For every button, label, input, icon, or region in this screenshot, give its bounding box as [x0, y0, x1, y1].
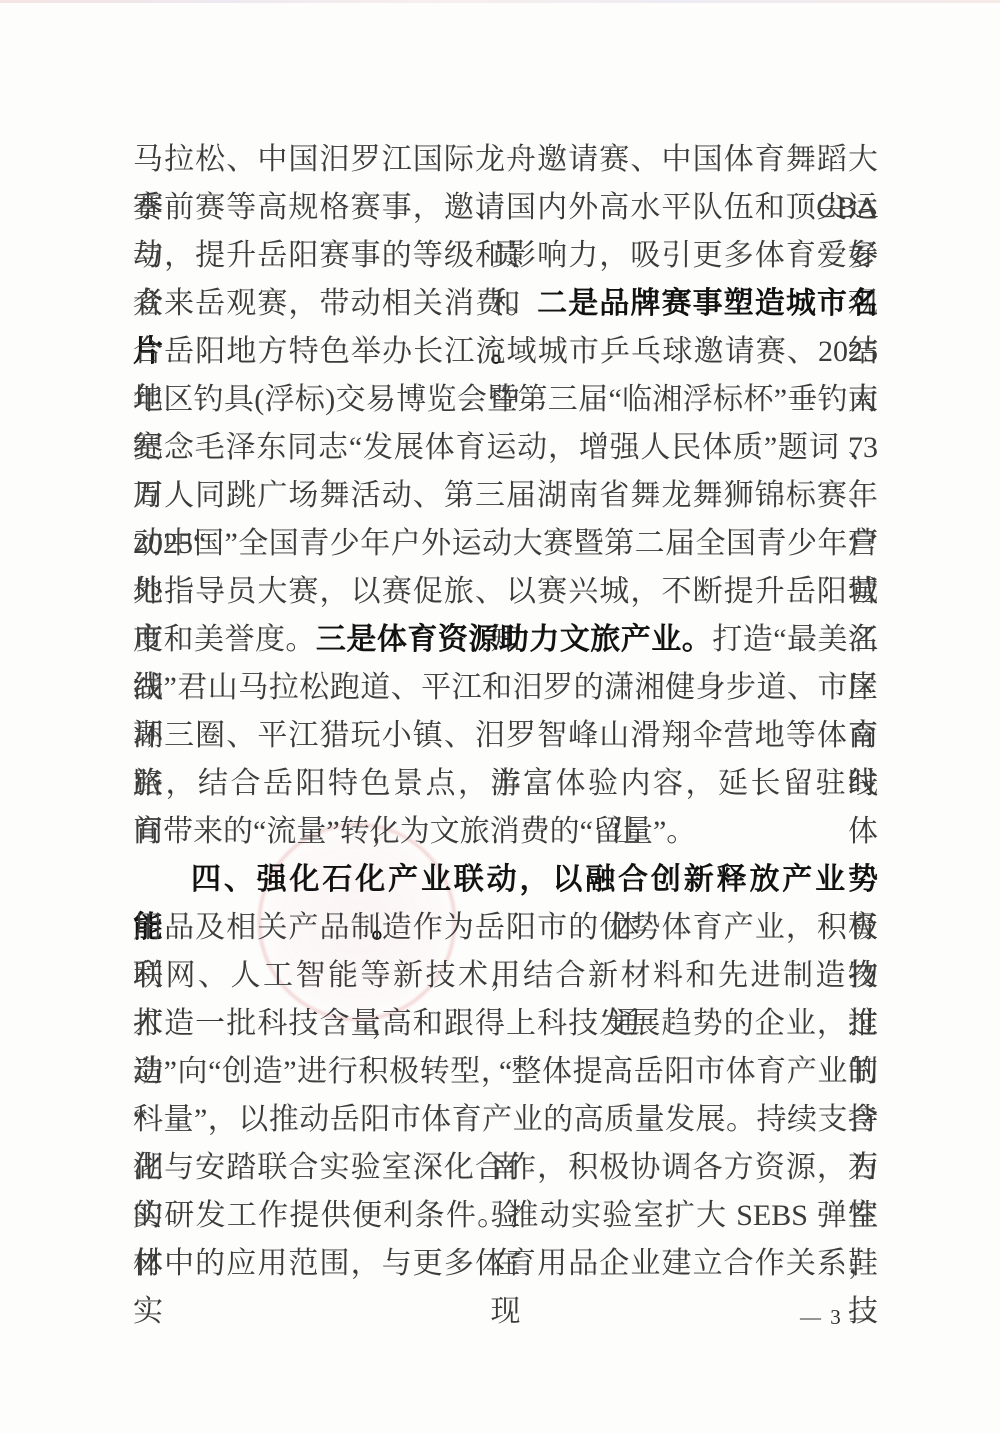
text-line: 造”向“创造”进行积极转型，整体提高岳阳市体育产业的“含: [133, 1048, 878, 1096]
text-line: 众来岳观赛，带动相关消费。二是品牌赛事塑造城市名片。结: [133, 280, 878, 328]
page-number: — 3 —: [800, 1305, 873, 1330]
text-line: 的研发工作提供便利条件。推动实验室扩大 SEBS 弹性体在鞋: [133, 1192, 878, 1240]
text-line: 合岳阳地方特色举办长江流域城市乒乓球邀请赛、2025 年中南: [133, 328, 878, 376]
body-text: 育带来的“流量”转化为文旅消费的“留量”。: [133, 815, 696, 848]
document-page: 马拉松、中国汨罗江国际龙舟邀请赛、中国体育舞蹈大赛、CBA季前赛等高规格赛事，邀…: [0, 0, 1000, 1433]
text-line: 季前赛等高规格赛事，邀请国内外高水平队伍和顶尖运动员参: [133, 184, 878, 232]
text-line: 纪念毛泽东同志“发展体育运动，增强人民体质”题词 73 周年: [133, 424, 878, 472]
text-line: 四、强化石化产业联动，以融合创新释放产业势能。体育: [133, 856, 878, 904]
text-line: 动中国”全国青少年户外运动大赛暨第二届全国青少年户外营: [133, 520, 878, 568]
text-line: 打造一批科技含量高和跟得上科技发展趋势的企业，推动“制: [133, 1000, 878, 1048]
text-line: 线”君山马拉松跑道、平江和汨罗的潇湘健身步道、市区环南: [133, 664, 878, 712]
text-line: 科量”，以推动岳阳市体育产业的高质量发展。持续支持湖南石: [133, 1096, 878, 1144]
emphasis-text: 三是体育资源助力文旅产业。: [316, 622, 712, 657]
text-line: 度和美誉度。三是体育资源助力文旅产业。打造“最美江湖岸: [133, 616, 878, 664]
text-line: 与，提升岳阳赛事的等级和影响力，吸引更多体育爱好者和观: [133, 232, 878, 280]
text-line: 马拉松、中国汨罗江国际龙舟邀请赛、中国体育舞蹈大赛、CBA: [133, 136, 878, 184]
body-text: 众来岳观赛，带动相关消费。: [133, 287, 537, 320]
document-body: 马拉松、中国汨罗江国际龙舟邀请赛、中国体育舞蹈大赛、CBA季前赛等高规格赛事，邀…: [133, 136, 878, 1288]
text-line: 湖三圈、平江猎玩小镇、汨罗智峰山滑翔伞营地等体育旅游线: [133, 712, 878, 760]
text-line: 材中的应用范围，与更多体育用品企业建立合作关系，实现技: [133, 1240, 878, 1288]
text-line: 地指导员大赛，以赛促旅、以赛兴城，不断提升岳阳城市知名: [133, 568, 878, 616]
text-line: 联网、人工智能等新技术，结合新材料和先进制造技术，通过: [133, 952, 878, 1000]
body-text: 度和美誉度。: [133, 623, 316, 656]
text-line: 用品及相关产品制造作为岳阳市的优势体育产业，积极利用物: [133, 904, 878, 952]
text-line: 化与安踏联合实验室深化合作，积极协调各方资源，为实验室: [133, 1144, 878, 1192]
text-line: 地区钓具(浮标)交易博览会暨第三届“临湘浮标杯”垂钓大赛、: [133, 376, 878, 424]
body-text: 材中的应用范围，与更多体育用品企业建立合作关系，实现技: [133, 1247, 878, 1328]
text-line: 路，结合岳阳特色景点，丰富体验内容，延长留驻时间，让体: [133, 760, 878, 808]
scan-artifact-top-edge: [0, 0, 1000, 3]
text-line: 万人同跳广场舞活动、第三届湖南省舞龙舞狮锦标赛、2025“营: [133, 472, 878, 520]
